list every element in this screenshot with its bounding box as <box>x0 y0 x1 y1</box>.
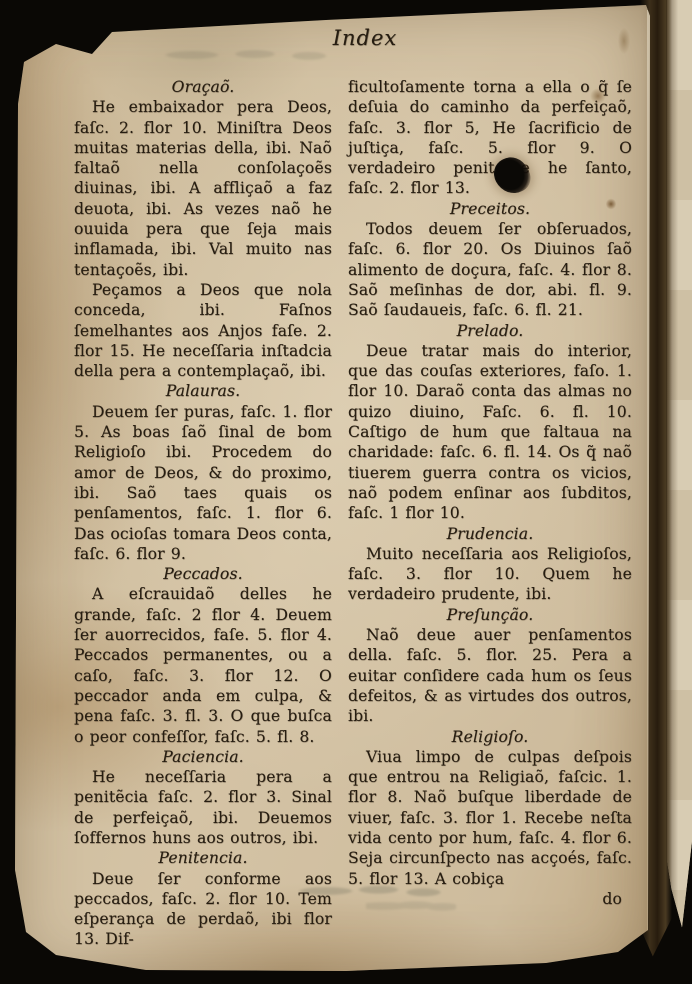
section-heading: Oraçaõ. <box>74 77 332 97</box>
index-entry-paragraph: He neceſſaria pera a penitẽcia faſc. 2. … <box>74 767 332 848</box>
paper-stain <box>618 28 630 54</box>
running-title: Index <box>98 26 632 50</box>
section-heading: Prudencia. <box>348 524 632 544</box>
text-column-left: Oraçaõ.He embaixador pera Deos, faſc. 2.… <box>74 77 332 950</box>
page-content: Index Oraçaõ.He embaixador pera Deos, fa… <box>74 18 632 950</box>
index-entry-paragraph: A eſcrauidaõ delles he grande, faſc. 2 f… <box>74 584 332 746</box>
section-heading: Preceitos. <box>348 199 632 219</box>
index-entry-paragraph: Deuem ſer puras, faſc. 1. flor 5. As boa… <box>74 402 332 564</box>
section-heading: Prelado. <box>348 321 632 341</box>
paper-stain <box>606 198 616 210</box>
index-entry-paragraph: He embaixador pera Deos, faſc. 2. flor 1… <box>74 97 332 280</box>
text-column-right: ficultoſamente torna a ella o q̃ ſe deſu… <box>348 77 632 950</box>
index-entry-paragraph: Todos deuem ſer obſeruados, faſc. 6. flo… <box>348 219 632 320</box>
index-entry-paragraph: Naõ deue auer penſamentos della. faſc. 5… <box>348 625 632 726</box>
section-heading: Paciencia. <box>74 747 332 767</box>
catchword: do <box>348 889 632 909</box>
index-entry-paragraph: Viua limpo de culpas deſpois que entrou … <box>348 747 632 889</box>
two-column-text: Oraçaõ.He embaixador pera Deos, faſc. 2.… <box>74 77 632 950</box>
section-heading: Religioſo. <box>348 727 632 747</box>
index-entry-paragraph: Deue ſer conforme aos peccados, faſc. 2.… <box>74 869 332 950</box>
section-heading: Palauras. <box>74 381 332 401</box>
index-entry-paragraph: Peçamos a Deos que nola conceda, ibi. Fa… <box>74 280 332 381</box>
paper-stain <box>590 88 606 104</box>
section-heading: Preſunção. <box>348 605 632 625</box>
section-heading: Penitencia. <box>74 848 332 868</box>
index-entry-paragraph: Deue tratar mais do interior, que das co… <box>348 341 632 524</box>
book-scan-photo: Index Oraçaõ.He embaixador pera Deos, fa… <box>0 0 692 984</box>
index-entry-paragraph: Muito neceſſaria aos Religioſos, faſc. 3… <box>348 544 632 605</box>
scanned-book-page: Index Oraçaõ.He embaixador pera Deos, fa… <box>6 0 652 982</box>
section-heading: Peccados. <box>74 564 332 584</box>
